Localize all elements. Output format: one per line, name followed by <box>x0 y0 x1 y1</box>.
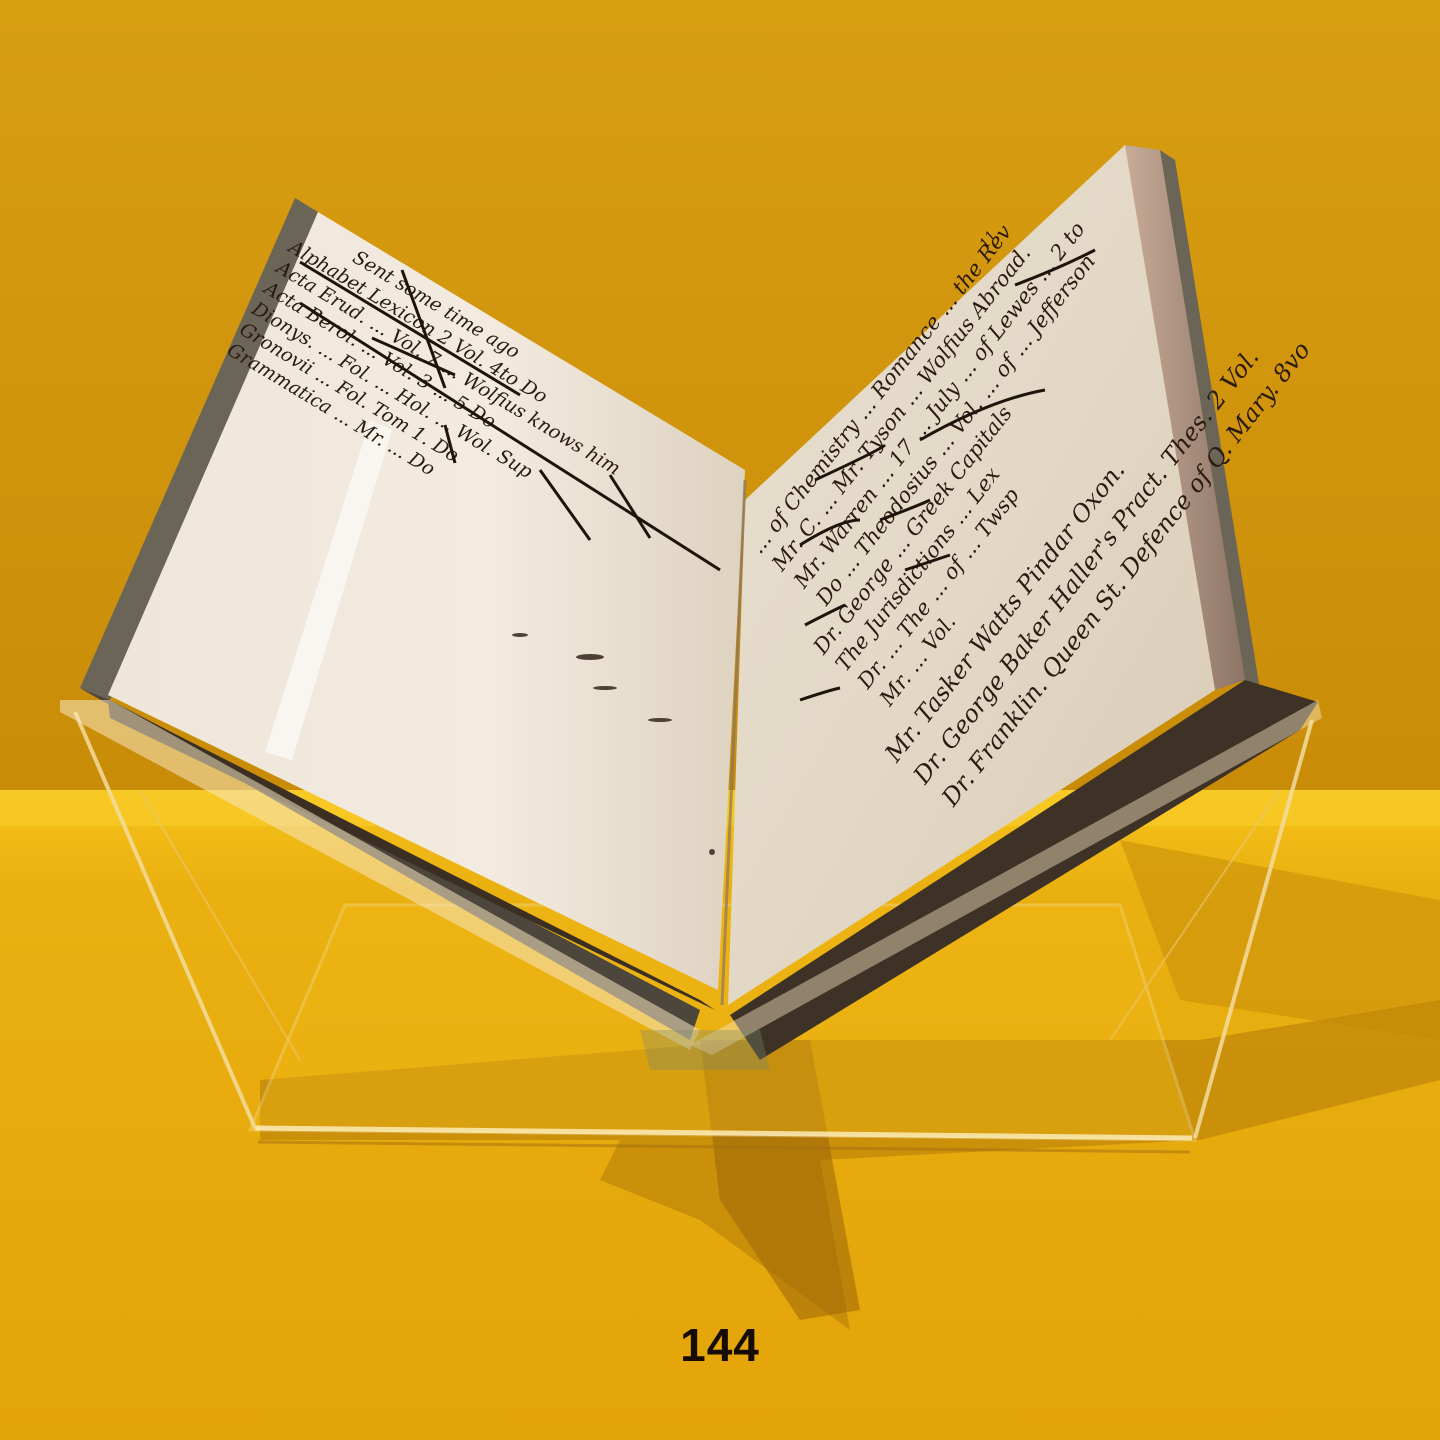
acrylic-stand-base <box>250 905 1195 1140</box>
exhibit-number-label: 144 <box>620 1318 820 1372</box>
museum-display-scene: Sent some time ago Alphabet Lexicon 2 Vo… <box>0 0 1440 1440</box>
display-illustration: Sent some time ago Alphabet Lexicon 2 Vo… <box>0 0 1440 1440</box>
